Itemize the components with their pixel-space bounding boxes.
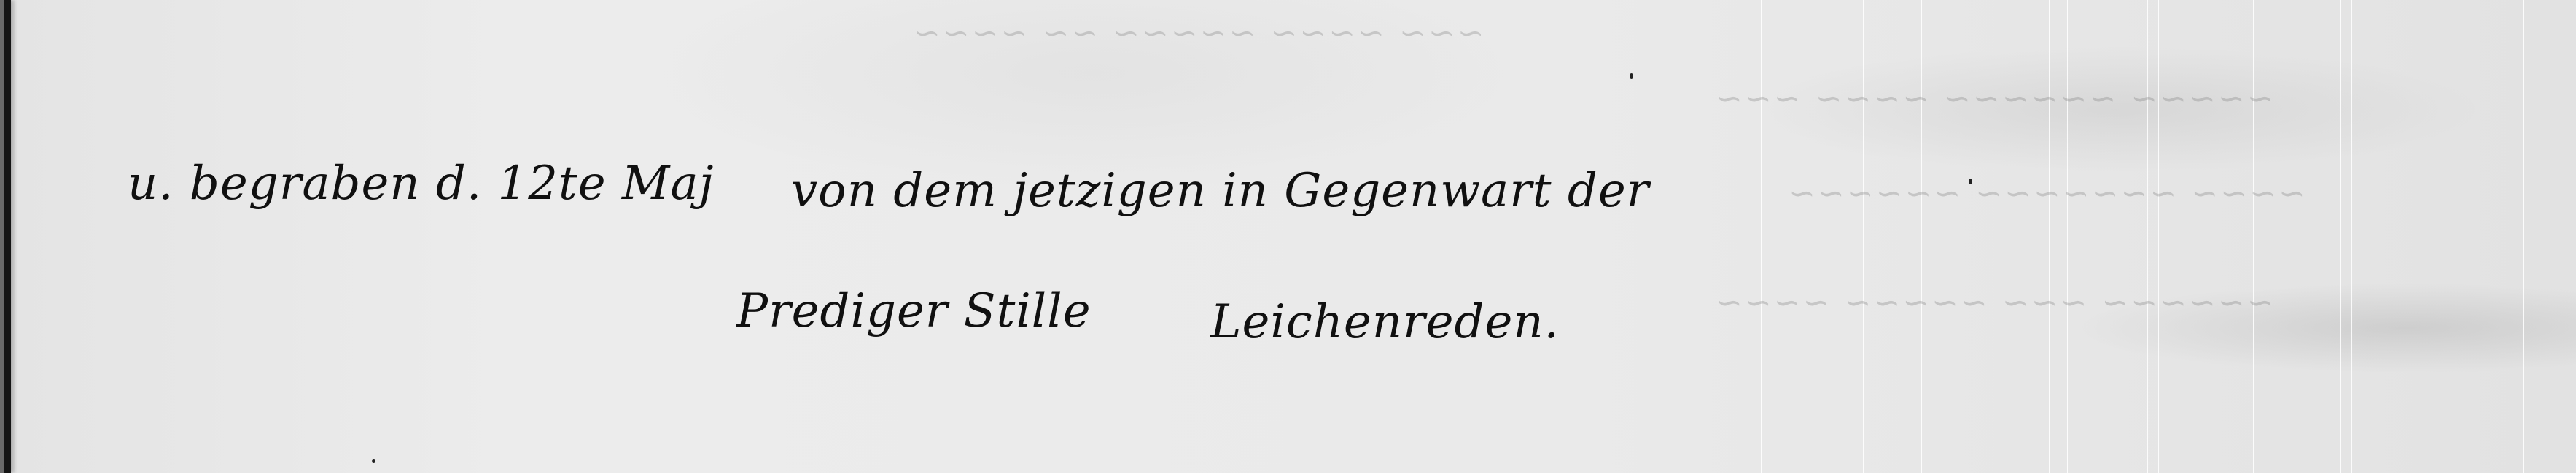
ink-speck (1969, 179, 1972, 184)
bleed-through-text: ~~~ ~~~~ ~~~~~ ~~ ~~~~ (911, 15, 1484, 52)
scan-artifact-line (2472, 0, 2472, 473)
document-page: ~~~ ~~~~ ~~~~~ ~~ ~~~~ ~~~~~ ~~~~~~ ~~~~… (0, 0, 2576, 473)
scan-artifact-line (2523, 0, 2524, 473)
handwritten-line-1a: u. begraben d. 12te Maj (128, 157, 714, 211)
bleed-through-text: ~~~~~ ~~~~~~ ~~~~ ~~~ (1713, 80, 2274, 117)
scan-artifact-line (1856, 0, 1856, 473)
handwritten-line-1b: von dem jetzigen in Gegenwart der (791, 164, 1649, 218)
scan-artifact-line (2049, 0, 2050, 473)
scan-artifact-line (2340, 0, 2341, 473)
scan-artifact-line (1969, 0, 1969, 473)
scan-artifact-line (2253, 0, 2254, 473)
handwritten-line-2a: Prediger Stille (736, 284, 1092, 338)
margin-rule (4, 0, 11, 473)
scan-artifact-line (2158, 0, 2159, 473)
bleed-through-text: ~~~~ ~~~~~~~ ~~~~~~ (1786, 175, 2305, 212)
handwritten-line-2b: Leichenreden. (1210, 295, 1560, 349)
scan-artifact-line (1761, 0, 1762, 473)
scan-artifact-line (1863, 0, 1864, 473)
bleed-through-text: ~~~~~~ ~~~ ~~~~~ ~~~~ (1713, 284, 2274, 321)
scan-artifact-line (2147, 0, 2148, 473)
ink-speck (372, 459, 375, 463)
ink-speck (1630, 73, 1633, 79)
scan-artifact-line (2067, 0, 2068, 473)
scan-artifact-line (1921, 0, 1922, 473)
scan-artifact-line (2351, 0, 2352, 473)
